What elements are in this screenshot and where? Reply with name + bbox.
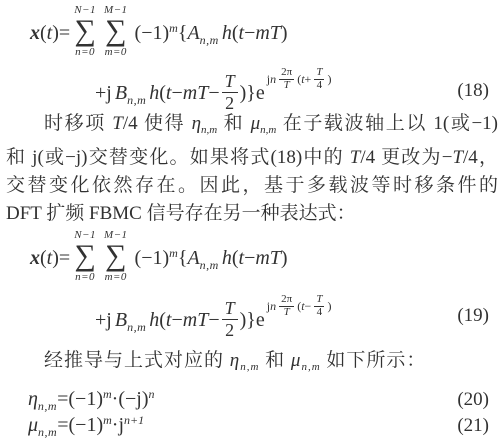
fraction-numerator: T — [314, 67, 324, 79]
math-token: − — [244, 22, 255, 44]
equation-21-expression: μn,m=(−1)m·jn+1 — [28, 408, 144, 438]
math-subscript: n,m — [200, 33, 219, 47]
math-token: n — [270, 72, 276, 86]
fraction-numerator: 2π — [279, 294, 294, 306]
summation-lower-limit: n=0 — [75, 46, 95, 59]
math-subscript: n,m — [127, 93, 146, 107]
math-subscript: n,m — [127, 320, 146, 334]
math-exponent: n — [148, 387, 154, 401]
math-token: (−1) — [135, 247, 170, 269]
math-token: + — [305, 72, 312, 86]
math-token: n — [270, 299, 276, 313]
math-token: ( — [159, 82, 166, 104]
exponent-expression: jn2πT(t−T4) — [267, 286, 332, 326]
fraction-T-over-2: T2 — [222, 298, 238, 340]
text-run: 和 — [259, 350, 291, 371]
euler-e: e — [256, 82, 265, 104]
text-run: 和 j(或−j)交替变化。如果将式(18)中的 — [6, 147, 350, 168]
imaginary-j: j — [106, 309, 112, 331]
text-run: 在子载波轴上以 1(或−1) — [276, 113, 498, 134]
fraction-numerator: 2π — [279, 67, 294, 79]
paragraph-2: 经推导与上式对应的 ηn,m 和 μn,m 如下所示： — [6, 347, 498, 381]
math-subscript: n,m — [38, 425, 57, 438]
fraction-denominator: T — [279, 79, 294, 92]
math-token: h — [222, 22, 232, 44]
text-run: 经推导与上式对应的 — [44, 350, 230, 371]
summation-lower-limit: m=0 — [105, 271, 127, 284]
math-subscript: n,m — [200, 258, 219, 272]
math-exponent: m — [103, 413, 112, 427]
equation-19-line-1: x(t)=N−1∑n=0M−1∑m=0(−1)m{An,mh(t−mT) — [30, 227, 288, 291]
text-run: 和 — [217, 113, 250, 134]
math-token: ( — [232, 247, 239, 269]
fraction-T-over-4: T4 — [314, 294, 324, 318]
math-token: mT — [183, 82, 209, 104]
math-token: )} — [240, 309, 256, 331]
math-token: + — [95, 82, 106, 104]
mu-symbol: μ — [291, 350, 302, 371]
fraction-2pi-over-T: 2πT — [279, 67, 294, 91]
paragraph-1-line-1: 时移项 T/4 使得 ηn,m 和 μn,m 在子载波轴上以 1(或−1) — [6, 110, 498, 144]
summation-lower-limit: m=0 — [105, 46, 127, 59]
math-token: (−1) — [135, 22, 170, 44]
math-token: )= — [52, 22, 70, 44]
math-subscript: n,m — [301, 361, 320, 373]
fraction-numerator: T — [222, 298, 238, 319]
sigma-symbol: ∑ — [74, 16, 95, 46]
eta-symbol: η — [28, 388, 38, 410]
math-token: − — [244, 247, 255, 269]
math-token: − — [171, 82, 182, 104]
paper-page: x(t)=N−1∑n=0M−1∑m=0(−1)m{An,mh(t−mT) +jB… — [0, 0, 504, 438]
equation-18-line-1: x(t)=N−1∑n=0M−1∑m=0(−1)m{An,mh(t−mT) — [30, 2, 288, 66]
fraction-numerator: T — [222, 71, 238, 92]
equation-21-number: (21) — [457, 414, 489, 438]
math-token: A — [187, 247, 199, 269]
math-token: − — [305, 299, 312, 313]
math-exponent: m — [103, 387, 112, 401]
exponent-expression: jn2πT(t+T4) — [267, 59, 332, 99]
math-token: mT — [183, 309, 209, 331]
equation-19-line-2: +jBn,mh(t−mT−T2)}ejn2πT(t−T4) — [95, 300, 331, 347]
math-token: − — [208, 82, 219, 104]
math-token: + — [95, 309, 106, 331]
math-subscript: n,m — [201, 124, 217, 136]
math-token: (−j) — [118, 388, 148, 410]
math-token: T — [452, 147, 463, 168]
math-token: )} — [240, 82, 256, 104]
math-token: h — [149, 82, 159, 104]
eta-symbol: η — [230, 350, 240, 371]
imaginary-j: j — [106, 82, 112, 104]
fraction-2pi-over-T: 2πT — [279, 294, 294, 318]
equation-21: μn,m=(−1)m·jn+1 (21) — [6, 408, 498, 438]
math-token: { — [178, 22, 188, 44]
mu-symbol: μ — [251, 113, 261, 134]
equation-18-number: (18) — [457, 79, 489, 103]
text-run: /4 更改为− — [360, 147, 452, 168]
math-token: ) — [281, 22, 288, 44]
math-token: ) — [281, 247, 288, 269]
math-token: )= — [52, 247, 70, 269]
equation-19-number: (19) — [457, 304, 489, 328]
math-token: x — [30, 22, 40, 44]
math-token: x — [30, 247, 40, 269]
fraction-T-over-2: T2 — [222, 71, 238, 113]
paragraph-1: 时移项 T/4 使得 ηn,m 和 μn,m 在子载波轴上以 1(或−1) 和 … — [6, 110, 498, 228]
math-exponent: m — [169, 21, 178, 35]
math-token: =(−1) — [57, 388, 103, 410]
math-token: mT — [255, 22, 281, 44]
math-exponent: m — [169, 246, 178, 260]
math-token: ) — [327, 299, 331, 313]
summation-inner: M−1∑m=0 — [104, 4, 128, 59]
math-subscript: n,m — [260, 124, 276, 136]
math-exponent: n+1 — [124, 413, 144, 427]
summation-outer: N−1∑n=0 — [74, 229, 96, 284]
eta-symbol: η — [192, 113, 201, 134]
fraction-T-over-4: T4 — [314, 67, 324, 91]
summation-inner: M−1∑m=0 — [104, 229, 128, 284]
math-token: − — [171, 309, 182, 331]
text-run: DFT 扩频 FBMC 信号存在另一种表达式： — [6, 203, 356, 224]
math-token: =(−1) — [57, 414, 103, 436]
math-token: h — [149, 309, 159, 331]
fraction-denominator: 4 — [314, 306, 324, 319]
math-token: ( — [40, 247, 47, 269]
paragraph-1-line-3: 交替变化依然存在。因此，基于多载波等时移条件的 — [6, 172, 498, 200]
math-token: ( — [159, 309, 166, 331]
euler-e: e — [256, 309, 265, 331]
summation-lower-limit: n=0 — [75, 271, 95, 284]
fraction-numerator: T — [314, 294, 324, 306]
text-run: /4 使得 — [123, 113, 192, 134]
math-token: A — [187, 22, 199, 44]
sigma-symbol: ∑ — [74, 241, 95, 271]
math-token: ( — [232, 22, 239, 44]
math-token: { — [178, 247, 188, 269]
math-token: ( — [40, 22, 47, 44]
math-token: ) — [327, 72, 331, 86]
summation-outer: N−1∑n=0 — [74, 4, 96, 59]
paragraph-1-line-4: DFT 扩频 FBMC 信号存在另一种表达式： — [6, 200, 498, 228]
text-run: 交替变化依然存在。因此，基于多载波等时移条件的 — [6, 175, 498, 196]
sigma-symbol: ∑ — [105, 241, 126, 271]
text-run: /4， — [463, 147, 498, 168]
text-run: 时移项 — [44, 113, 112, 134]
sigma-symbol: ∑ — [105, 16, 126, 46]
fraction-denominator: 4 — [314, 79, 324, 92]
math-token: B — [115, 309, 127, 331]
fraction-denominator: T — [279, 306, 294, 319]
math-token: T — [350, 147, 361, 168]
math-subscript: n,m — [240, 361, 259, 373]
mu-symbol: μ — [28, 414, 38, 436]
fraction-denominator: 2 — [222, 319, 238, 341]
math-token: − — [208, 309, 219, 331]
math-token: mT — [255, 247, 281, 269]
paragraph-1-line-2: 和 j(或−j)交替变化。如果将式(18)中的 T/4 更改为−T/4， — [6, 144, 498, 172]
math-token: B — [115, 82, 127, 104]
math-token: T — [112, 113, 123, 134]
math-token: h — [222, 247, 232, 269]
text-run: 如下所示： — [321, 350, 427, 371]
